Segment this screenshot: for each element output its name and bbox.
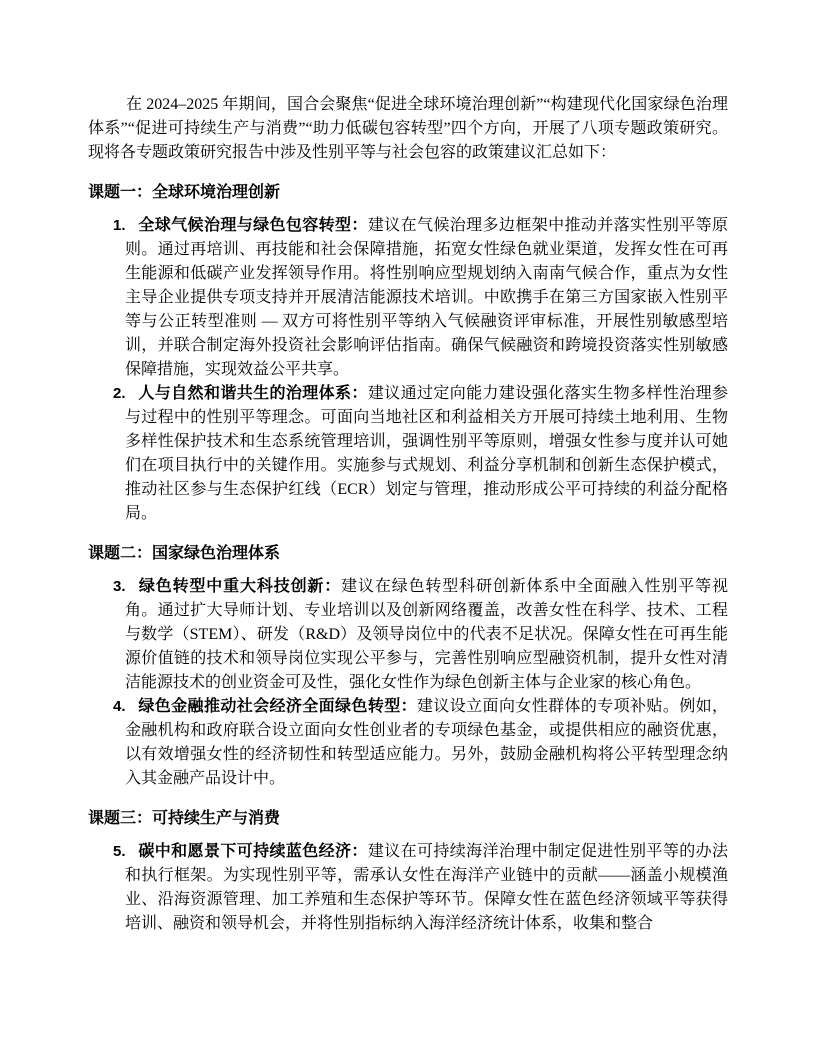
policy-item-2: 2.人与自然和谐共生的治理体系：建议通过定向能力建设强化落实生物多样性治理参与过… [88, 382, 728, 526]
section-3-items: 5.碳中和愿景下可持续蓝色经济：建议在可持续海洋治理中制定促进性别平等的办法和执… [88, 840, 728, 936]
item-2-body: 建议通过定向能力建设强化落实生物多样性治理参与过程中的性别平等理念。可面向当地社… [125, 385, 728, 522]
item-4-title: 绿色金融推动社会经济全面绿色转型： [138, 698, 417, 715]
section-1-items: 1.全球气候治理与绿色包容转型：建议在气候治理多边框架中推动并落实性别平等原则。… [88, 214, 728, 526]
item-2-title: 人与自然和谐共生的治理体系： [138, 385, 368, 402]
item-5-number: 5. [113, 840, 138, 864]
section-2-items: 3.绿色转型中重大科技创新：建议在绿色转型科研创新体系中全面融入性别平等视角。通… [88, 575, 728, 791]
item-2-number: 2. [113, 382, 138, 406]
document-content: 在 2024–2025 年期间，国合会聚焦“促进全球环境治理创新”“构建现代化国… [88, 93, 728, 936]
policy-item-4: 4.绿色金融推动社会经济全面绿色转型：建议设立面向女性群体的专项补贴。例如，金融… [88, 695, 728, 791]
section-heading-topic-2: 课题二：国家绿色治理体系 [88, 542, 728, 566]
item-3-number: 3. [113, 575, 138, 599]
section-heading-topic-1: 课题一：全球环境治理创新 [88, 181, 728, 205]
item-4-number: 4. [113, 695, 138, 719]
item-3-title: 绿色转型中重大科技创新： [138, 578, 341, 595]
intro-paragraph: 在 2024–2025 年期间，国合会聚焦“促进全球环境治理创新”“构建现代化国… [88, 93, 728, 165]
section-heading-topic-3: 课题三：可持续生产与消费 [88, 807, 728, 831]
item-1-title: 全球气候治理与绿色包容转型： [138, 217, 368, 234]
policy-item-1: 1.全球气候治理与绿色包容转型：建议在气候治理多边框架中推动并落实性别平等原则。… [88, 214, 728, 382]
document-page: 在 2024–2025 年期间，国合会聚焦“促进全球环境治理创新”“构建现代化国… [0, 0, 816, 1056]
policy-item-3: 3.绿色转型中重大科技创新：建议在绿色转型科研创新体系中全面融入性别平等视角。通… [88, 575, 728, 695]
item-5-title: 碳中和愿景下可持续蓝色经济： [138, 843, 368, 860]
item-1-number: 1. [113, 214, 138, 238]
item-1-body: 建议在气候治理多边框架中推动并落实性别平等原则。通过再培训、再技能和社会保障措施… [125, 217, 728, 378]
policy-item-5: 5.碳中和愿景下可持续蓝色经济：建议在可持续海洋治理中制定促进性别平等的办法和执… [88, 840, 728, 936]
